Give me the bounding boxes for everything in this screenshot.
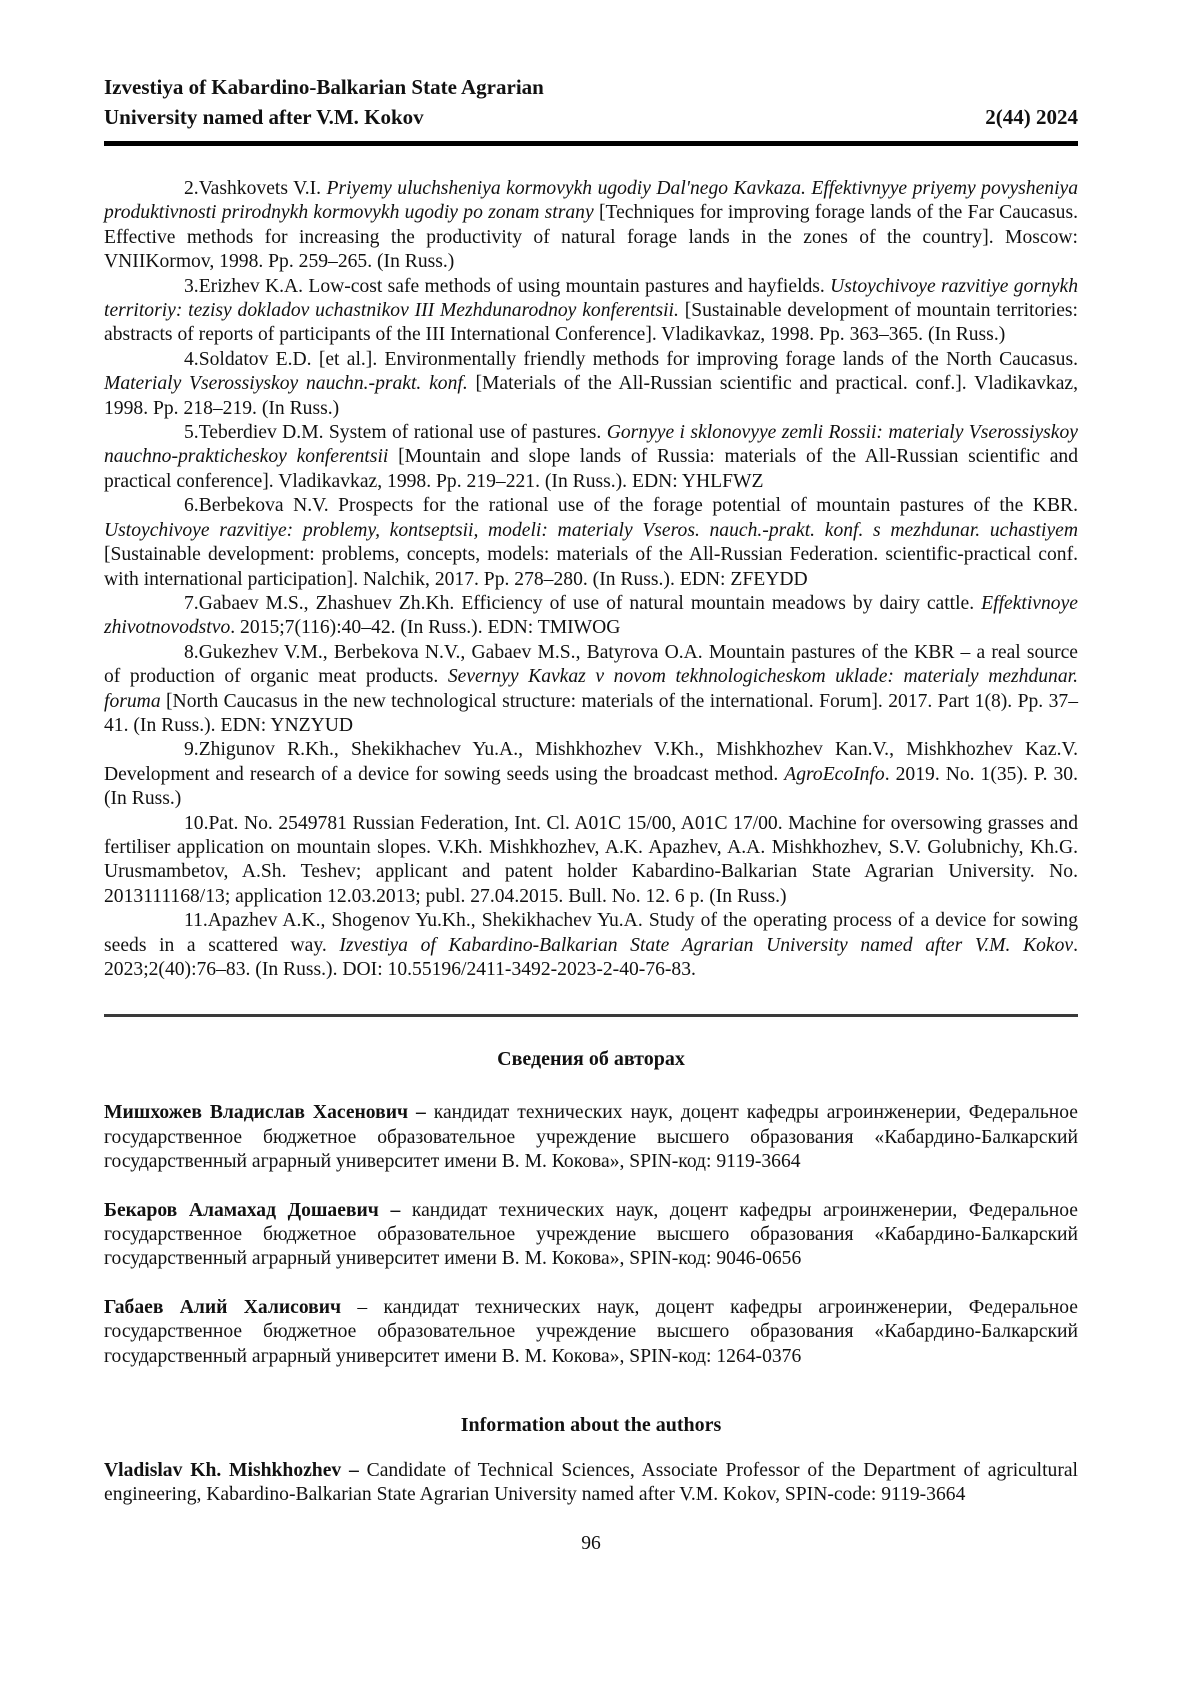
text-segment: Teberdiev D.M. System of rational use of… xyxy=(199,422,607,443)
reference-item: 4.Soldatov E.D. [et al.]. Environmentall… xyxy=(104,348,1078,421)
page-header: Izvestiya of Kabardino-Balkarian State A… xyxy=(104,0,1078,146)
text-segment: Ustoychivoye razvitiye: problemy, kontse… xyxy=(104,520,1078,541)
text-segment: Gabaev M.S., Zhashuev Zh.Kh. Efficiency … xyxy=(199,593,981,614)
text-segment: Vashkovets V.I. xyxy=(199,178,327,199)
section-divider xyxy=(104,1014,1078,1017)
text-segment: Soldatov E.D. [et al.]. Environmentally … xyxy=(199,349,1078,370)
header-rule xyxy=(104,141,1078,146)
reference-item: 10.Pat. No. 2549781 Russian Federation, … xyxy=(104,812,1078,910)
author-entry-ru: Мишхожев Владислав Хасенович – кандидат … xyxy=(104,1101,1078,1174)
text-segment: Pat. No. 2549781 Russian Federation, Int… xyxy=(104,813,1078,907)
author-entry-ru: Бекаров Аламахад Дошаевич – кандидат тех… xyxy=(104,1199,1078,1272)
reference-number: 5. xyxy=(144,421,199,445)
text-segment: Габаев Алий Халисович xyxy=(104,1297,341,1318)
reference-number: 3. xyxy=(144,275,199,299)
reference-number: 4. xyxy=(144,348,199,372)
authors-ru-list: Мишхожев Владислав Хасенович – кандидат … xyxy=(104,1101,1078,1369)
reference-number: 8. xyxy=(144,641,199,665)
reference-number: 6. xyxy=(144,494,199,518)
reference-item: 7.Gabaev M.S., Zhashuev Zh.Kh. Efficienc… xyxy=(104,592,1078,641)
text-segment: Berbekova N.V. Prospects for the rationa… xyxy=(199,495,1078,516)
reference-number: 7. xyxy=(144,592,199,616)
journal-page: Izvestiya of Kabardino-Balkarian State A… xyxy=(0,0,1200,1697)
reference-item: 2.Vashkovets V.I. Priyemy uluchsheniya k… xyxy=(104,177,1078,275)
text-segment: AgroEcoInfo xyxy=(784,764,885,785)
authors-en-list: Vladislav Kh. Mishkhozhev – Candidate of… xyxy=(104,1459,1078,1508)
text-segment: Бекаров Аламахад Дошаевич – xyxy=(104,1200,400,1221)
text-segment: Мишхожев Владислав Хасенович – xyxy=(104,1102,426,1123)
text-segment: [North Caucasus in the new technological… xyxy=(104,691,1078,736)
reference-number: 9. xyxy=(144,738,199,762)
reference-item: 9.Zhigunov R.Kh., Shekikhachev Yu.A., Mi… xyxy=(104,738,1078,811)
issue-number: 2(44) 2024 xyxy=(985,102,1078,132)
page-number: 96 xyxy=(104,1532,1078,1556)
reference-number: 2. xyxy=(144,177,199,201)
reference-list: 2.Vashkovets V.I. Priyemy uluchsheniya k… xyxy=(104,177,1078,982)
reference-number: 11. xyxy=(144,909,208,933)
authors-en-heading: Information about the authors xyxy=(104,1413,1078,1437)
journal-title-line1: Izvestiya of Kabardino-Balkarian State A… xyxy=(104,72,1078,102)
author-entry-en: Vladislav Kh. Mishkhozhev – Candidate of… xyxy=(104,1459,1078,1508)
authors-ru-heading: Сведения об авторах xyxy=(104,1047,1078,1071)
reference-item: 8.Gukezhev V.M., Berbekova N.V., Gabaev … xyxy=(104,641,1078,739)
reference-item: 6.Berbekova N.V. Prospects for the ratio… xyxy=(104,494,1078,592)
text-segment: Vladislav Kh. Mishkhozhev – xyxy=(104,1460,359,1481)
reference-item: 11.Apazhev A.K., Shogenov Yu.Kh., Shekik… xyxy=(104,909,1078,982)
reference-item: 3.Erizhev K.A. Low-cost safe methods of … xyxy=(104,275,1078,348)
text-segment: Materialy Vserossiyskoy nauchn.-prakt. k… xyxy=(104,373,475,394)
text-segment: Erizhev K.A. Low-cost safe methods of us… xyxy=(199,276,830,297)
text-segment: . 2015;7(116):40–42. (In Russ.). EDN: TM… xyxy=(230,617,620,638)
reference-number: 10. xyxy=(144,812,209,836)
author-entry-ru: Габаев Алий Халисович – кандидат техниче… xyxy=(104,1296,1078,1369)
journal-title: Izvestiya of Kabardino-Balkarian State A… xyxy=(104,72,1078,132)
text-segment: Izvestiya of Kabardino-Balkarian State A… xyxy=(339,935,1073,956)
text-segment: [Sustainable development: problems, conc… xyxy=(104,544,1078,589)
reference-item: 5.Teberdiev D.M. System of rational use … xyxy=(104,421,1078,494)
journal-title-row2: University named after V.M. Kokov 2(44) … xyxy=(104,102,1078,132)
journal-title-line2: University named after V.M. Kokov xyxy=(104,102,424,132)
